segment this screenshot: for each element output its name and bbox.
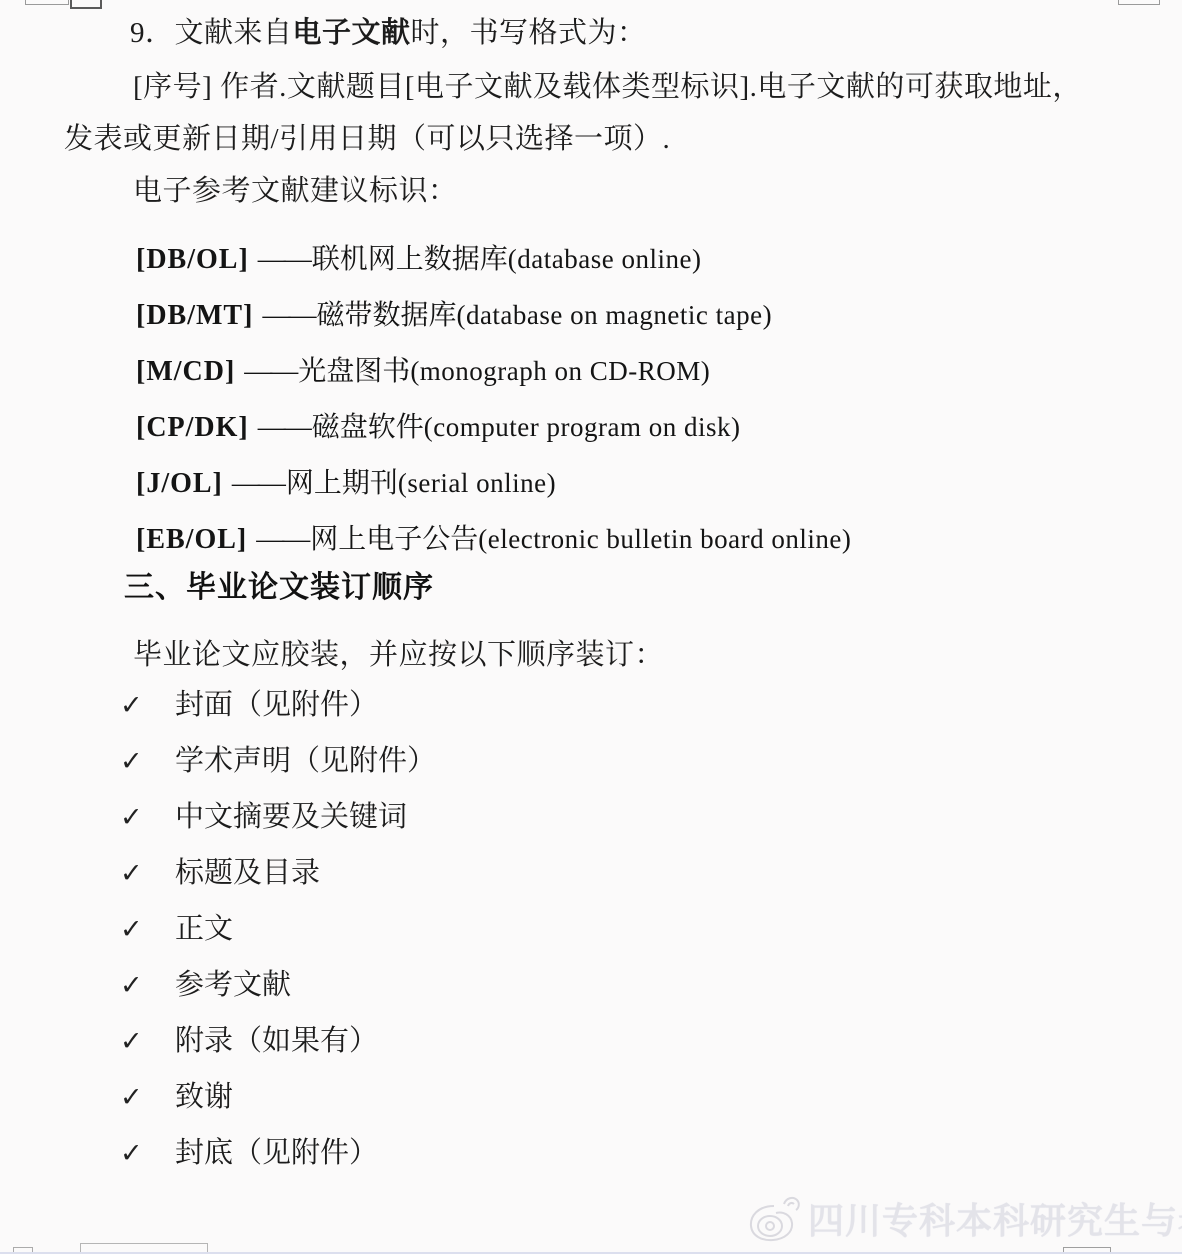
identifier-cn: 磁带数据库	[316, 300, 456, 331]
identifier-cn: 联机网上数据库	[312, 244, 508, 275]
identifier-dash: ——	[242, 356, 298, 387]
text-run: 9．文献来自	[130, 17, 293, 49]
checkmark-icon: ✓	[120, 1082, 175, 1113]
watermark: 四川专科本科研究生与老师	[746, 1192, 1182, 1244]
identifier-cn: 光盘图书	[298, 356, 410, 387]
identifier-en: (database on magnetic tape)	[456, 300, 772, 330]
checklist-item-label: 致谢	[175, 1081, 233, 1113]
checklist-item-label: 标题及目录	[175, 857, 320, 889]
checklist-item-references: ✓参考文献	[120, 962, 291, 1003]
checklist-item-label: 附录（如果有）	[175, 1025, 378, 1057]
list-item-identifier: [DB/MT] ——磁带数据库(database on magnetic tap…	[136, 293, 772, 333]
identifier-en: (database online)	[508, 244, 702, 274]
checklist-item-label: 封底（见附件）	[175, 1137, 378, 1169]
checkmark-icon: ✓	[120, 746, 175, 777]
identifier-cn: 网上电子公告	[310, 524, 478, 555]
paragraph-format-rule: 9．文献来自电子文献时，书写格式为：	[130, 10, 647, 51]
list-item-identifier: [CP/DK] ——磁盘软件(computer program on disk)	[136, 405, 740, 445]
checkmark-icon: ✓	[120, 1138, 175, 1169]
checkmark-icon: ✓	[120, 858, 175, 889]
identifier-cn: 磁盘软件	[312, 412, 424, 443]
identifier-code: [J/OL]	[136, 468, 223, 499]
checklist-item-back-cover: ✓封底（见附件）	[120, 1130, 378, 1171]
list-item-identifier: [M/CD] ——光盘图书(monograph on CD-ROM)	[136, 349, 710, 389]
text-run-bold: 电子文献	[293, 17, 411, 49]
checklist-item-label: 学术声明（见附件）	[175, 745, 436, 777]
checkmark-icon: ✓	[120, 690, 175, 721]
identifier-dash: ——	[260, 300, 316, 331]
watermark-text: 四川专科本科研究生与老师	[808, 1193, 1182, 1244]
checkmark-icon: ✓	[120, 802, 175, 833]
identifier-dash: ——	[256, 244, 312, 275]
paragraph-identifier-intro: 电子参考文献建议标识：	[133, 168, 458, 209]
checklist-item-chinese-abstract: ✓中文摘要及关键词	[120, 794, 407, 835]
identifier-dash: ——	[256, 412, 312, 443]
page-edge-fragment	[70, 0, 102, 9]
identifier-cn: 网上期刊	[286, 468, 398, 499]
checklist-item-main-text: ✓正文	[120, 906, 233, 947]
identifier-en: (monograph on CD-ROM)	[410, 356, 710, 386]
identifier-en: (electronic bulletin board online)	[478, 524, 851, 554]
paragraph-citation-format-cont: 发表或更新日期/引用日期（可以只选择一项）.	[64, 116, 670, 157]
identifier-code: [CP/DK]	[136, 412, 249, 443]
section-heading-binding-order: 三、毕业论文装订顺序	[124, 562, 434, 606]
checklist-item-label: 参考文献	[175, 969, 291, 1001]
checklist-item-acknowledgements: ✓致谢	[120, 1074, 233, 1115]
checklist-item-academic-statement: ✓学术声明（见附件）	[120, 738, 436, 779]
page-edge-fragment	[25, 0, 69, 5]
checklist-item-title-toc: ✓标题及目录	[120, 850, 320, 891]
checkmark-icon: ✓	[120, 1026, 175, 1057]
identifier-en: (computer program on disk)	[424, 412, 741, 442]
checklist-item-label: 中文摘要及关键词	[175, 801, 407, 833]
document-page: 9．文献来自电子文献时，书写格式为： [序号] 作者.文献题目[电子文献及载体类…	[0, 0, 1182, 1254]
checklist-item-label: 正文	[175, 913, 233, 945]
checkmark-icon: ✓	[120, 970, 175, 1001]
list-item-identifier: [J/OL] ——网上期刊(serial online)	[136, 461, 556, 501]
weibo-logo-icon	[746, 1192, 802, 1244]
text-run: 时，书写格式为：	[411, 17, 647, 49]
checklist-item-appendix: ✓附录（如果有）	[120, 1018, 378, 1059]
checkmark-icon: ✓	[120, 914, 175, 945]
list-item-identifier: [DB/OL] ——联机网上数据库(database online)	[136, 237, 701, 277]
page-edge-fragment	[1118, 0, 1160, 5]
identifier-en: (serial online)	[398, 468, 556, 498]
checklist-item-label: 封面（见附件）	[175, 689, 378, 721]
identifier-dash: ——	[230, 468, 286, 499]
checklist-item-cover: ✓封面（见附件）	[120, 682, 378, 723]
list-item-identifier: [EB/OL] ——网上电子公告(electronic bulletin boa…	[136, 517, 851, 557]
identifier-code: [EB/OL]	[136, 524, 247, 555]
identifier-dash: ——	[254, 524, 310, 555]
identifier-code: [M/CD]	[136, 356, 235, 387]
identifier-code: [DB/MT]	[136, 300, 253, 331]
paragraph-citation-format: [序号] 作者.文献题目[电子文献及载体类型标识].电子文献的可获取地址，	[133, 64, 1082, 105]
identifier-code: [DB/OL]	[136, 244, 249, 275]
paragraph-binding-intro: 毕业论文应胶装，并应按以下顺序装订：	[133, 632, 664, 673]
